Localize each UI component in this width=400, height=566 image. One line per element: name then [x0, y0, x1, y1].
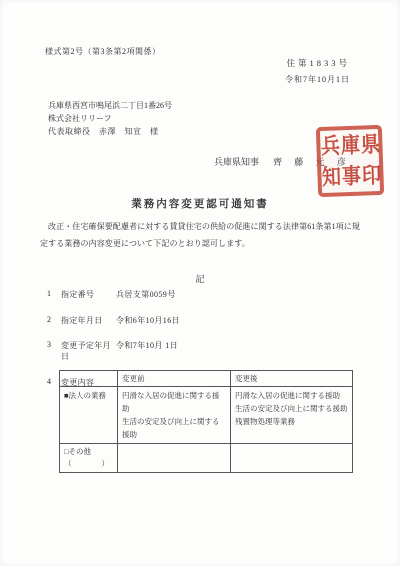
list-item: 1 指定番号 兵居支第0059号 [47, 289, 180, 300]
item-label: 指定番号 [61, 289, 116, 300]
item-number: 2 [47, 315, 61, 326]
recipient-company: 株式会社リリーフ [48, 112, 172, 125]
row-label-cell: □その他 （ ） [60, 444, 118, 473]
document-title: 業務内容変更認可通知書 [0, 196, 400, 211]
recipient-address: 兵庫県西宮市鳴尾浜二丁目1番26号 [48, 99, 172, 112]
item-value: 令和7年10月 1日 [116, 340, 178, 362]
governor-seal-stamp-icon: 兵 庫 県 知 事 印 [316, 125, 384, 197]
list-item: 3 変更予定年月日 令和7年10月 1日 [47, 340, 180, 362]
after-line: 生活の安定及び向上に関する援助 [235, 402, 348, 415]
seal-char: 兵 [321, 135, 341, 158]
before-cell: 円滑な入居の促進に関する援助 生活の安定及び向上に関する援助 [118, 387, 231, 444]
item-number: 3 [47, 340, 61, 362]
document-page: 様式第2号（第3条第2項関係） 住第1833号 令和7年10月1日 兵庫県西宮市… [0, 0, 400, 566]
issue-date: 令和7年10月1日 [285, 74, 350, 85]
table-header-row: 変更前 変更後 [60, 371, 353, 387]
header-before: 変更前 [118, 371, 231, 387]
item-label: 指定年月日 [61, 315, 116, 326]
recipient-representative: 代表取締役 赤澤 知宣 様 [48, 125, 172, 138]
after-cell [231, 444, 353, 473]
form-number: 様式第2号（第3条第2項関係） [45, 46, 161, 57]
change-table: 変更前 変更後 ■法人の業務 円滑な入居の促進に関する援助 生活の安定及び向上に… [59, 370, 353, 473]
doc-meta: 住第1833号 令和7年10月1日 [285, 57, 350, 85]
seal-char: 県 [361, 133, 381, 156]
header-empty-cell [60, 371, 118, 387]
item-label: 変更予定年月日 [61, 340, 116, 362]
table-row: □その他 （ ） [60, 444, 353, 473]
item-value: 兵居支第0059号 [116, 289, 176, 300]
item-value: 令和6年10月16日 [116, 315, 180, 326]
record-marker: 記 [0, 272, 400, 285]
row-label-parens: （ ） [64, 458, 113, 470]
before-cell [118, 444, 231, 473]
header-after: 変更後 [231, 371, 353, 387]
body-paragraph: 改正・住宅確保要配慮者に対する賃貸住宅の供給の促進に関する法律第61条第1項に規… [40, 218, 366, 252]
before-line: 円滑な入居の促進に関する援助 [122, 389, 226, 415]
recipient-block: 兵庫県西宮市鳴尾浜二丁目1番26号 株式会社リリーフ 代表取締役 赤澤 知宣 様 [48, 99, 172, 138]
document-number: 住第1833号 [285, 57, 350, 69]
table-row: ■法人の業務 円滑な入居の促進に関する援助 生活の安定及び向上に関する援助 円滑… [60, 387, 353, 444]
after-cell: 円滑な入居の促進に関する援助 生活の安定及び向上に関する援助 残置物処理等業務 [231, 387, 353, 444]
issuer-title: 兵庫県知事 [214, 157, 259, 167]
seal-char: 知 [322, 166, 342, 189]
list-item: 2 指定年月日 令和6年10月16日 [47, 315, 180, 326]
item-number: 1 [47, 289, 61, 300]
seal-char: 庫 [341, 134, 361, 157]
after-line: 円滑な入居の促進に関する援助 [235, 389, 348, 402]
row-label: その他 [69, 447, 92, 456]
after-line: 残置物処理等業務 [235, 415, 348, 428]
row-label: 法人の業務 [69, 391, 107, 400]
before-line: 生活の安定及び向上に関する援助 [122, 415, 226, 441]
row-label-cell: ■法人の業務 [60, 387, 118, 444]
seal-char: 事 [342, 165, 362, 188]
seal-char: 印 [362, 164, 382, 187]
